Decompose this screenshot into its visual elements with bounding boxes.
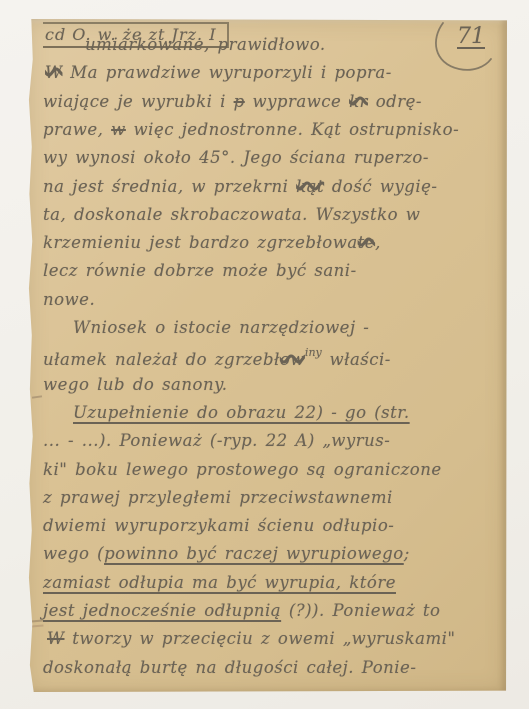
text-segment: nowe.	[43, 290, 95, 309]
text-segment: Ma prawdziwe wyruporzyli i popra-	[62, 63, 391, 82]
text-segment: w	[111, 120, 126, 139]
text-segment: dość wygię-	[324, 177, 437, 196]
text-segment: zamiast odłupia ma być wyrupia, które	[43, 573, 396, 592]
text-segment: na jest średnia, w przekrni	[43, 177, 296, 196]
text-segment: doskonałą burtę na długości całej. Ponie…	[43, 658, 416, 677]
text-segment: ki" boku lewego prostowego są ograniczon…	[43, 460, 442, 479]
text-segment: wy wynosi około 45°. Jego ściana ruperzo…	[43, 148, 429, 167]
handwritten-line: W Ma prawdziwe wyruporzyli i popra-	[45, 63, 392, 82]
manuscript-text: umiarkowane, prawidłowo.W Ma prawdziwe w…	[27, 19, 507, 692]
handwritten-line: ki" boku lewego prostowego są ograniczon…	[43, 460, 442, 479]
handwritten-line: wego lub do sanony.	[43, 375, 227, 394]
text-segment: krzemieniu jest bardzo zgrzebłowa	[43, 233, 358, 252]
text-segment: prawe,	[43, 120, 111, 139]
text-segment: wego lub do sanony.	[43, 375, 227, 394]
handwritten-line: wego (powinno być raczej wyrupiowego;	[43, 544, 410, 563]
text-segment: właści-	[322, 350, 391, 369]
text-segment: ow	[280, 350, 305, 369]
text-segment: kąt	[296, 177, 324, 196]
handwritten-line: lecz równie dobrze może być sani-	[43, 261, 357, 280]
text-segment: ułamek należał do zgrzebł	[43, 350, 280, 369]
handwritten-line: ta, doskonale skrobaczowata. Wszystko w	[43, 205, 420, 224]
text-segment: więc jednostronne. Kąt ostrupnisko-	[126, 120, 459, 139]
text-segment: odrę-	[368, 92, 422, 111]
handwritten-line: zamiast odłupia ma być wyrupia, które	[43, 573, 396, 592]
text-segment: W	[47, 629, 64, 648]
text-segment: lecz równie dobrze może być sani-	[43, 261, 357, 280]
text-segment: te	[358, 233, 375, 252]
handwritten-line: Uzupełnienie do obrazu 22) - go (str.	[73, 403, 410, 422]
text-segment: tworzy w przecięciu z owemi „wyruskami"	[64, 629, 455, 648]
handwritten-line: Wniosek o istocie narzędziowej -	[73, 318, 369, 337]
text-segment: wiające je wyrubki i	[43, 92, 234, 111]
text-segment: W	[45, 63, 62, 82]
text-segment: umiarkowane, prawidłowo.	[85, 35, 326, 54]
text-segment: wego (	[43, 544, 104, 563]
handwritten-line: ... - ...). Ponieważ (-ryp. 22 A) „wyrus…	[43, 431, 390, 450]
handwritten-line: prawe, w więc jednostronne. Kąt ostrupni…	[43, 120, 459, 139]
text-segment: powinno być raczej wyrupiowego	[104, 544, 404, 563]
text-segment: iny	[305, 346, 322, 359]
handwritten-line: na jest średnia, w przekrni kąt dość wyg…	[43, 177, 437, 196]
handwritten-line: ułamek należał do zgrzebłowiny właści-	[43, 346, 391, 369]
text-segment: Wniosek o istocie narzędziowej -	[73, 318, 369, 337]
handwritten-line: dwiemi wyruporzykami ścienu odłupio-	[43, 516, 394, 535]
handwritten-line: doskonałą burtę na długości całej. Ponie…	[43, 658, 416, 677]
text-segment: ,	[375, 233, 381, 252]
handwritten-line: jest jednocześnie odłupnią (?)). Poniewa…	[43, 601, 441, 620]
handwritten-line: nowe.	[43, 290, 95, 309]
text-segment: kr	[349, 92, 368, 111]
text-segment: ta, doskonale skrobaczowata. Wszystko w	[43, 205, 420, 224]
text-segment: dwiemi wyruporzykami ścienu odłupio-	[43, 516, 394, 535]
handwritten-line: W tworzy w przecięciu z owemi „wyruskami…	[47, 629, 455, 648]
handwritten-line: umiarkowane, prawidłowo.	[85, 35, 326, 54]
text-segment: (?)). Ponieważ to	[281, 601, 440, 620]
text-segment: Uzupełnienie do obrazu 22) - go (str.	[73, 403, 410, 422]
text-segment: ... - ...). Ponieważ (-ryp. 22 A) „wyrus…	[43, 431, 390, 450]
handwritten-line: z prawej przyległemi przeciwstawnemi	[43, 488, 393, 507]
text-segment: ;	[404, 544, 410, 563]
handwritten-line: krzemieniu jest bardzo zgrzebłowate,	[43, 233, 381, 252]
handwritten-line: wy wynosi około 45°. Jego ściana ruperzo…	[43, 148, 429, 167]
text-segment: p	[234, 92, 245, 111]
text-segment: jest jednocześnie odłupnią	[43, 601, 281, 620]
text-segment: wyprawce	[245, 92, 349, 111]
manuscript-page: cd O. w. że zt Jrz. I 71 umiarkowane, pr…	[27, 19, 507, 692]
text-segment: z prawej przyległemi przeciwstawnemi	[43, 488, 393, 507]
handwritten-line: wiające je wyrubki i p wyprawce kr odrę-	[43, 92, 422, 111]
